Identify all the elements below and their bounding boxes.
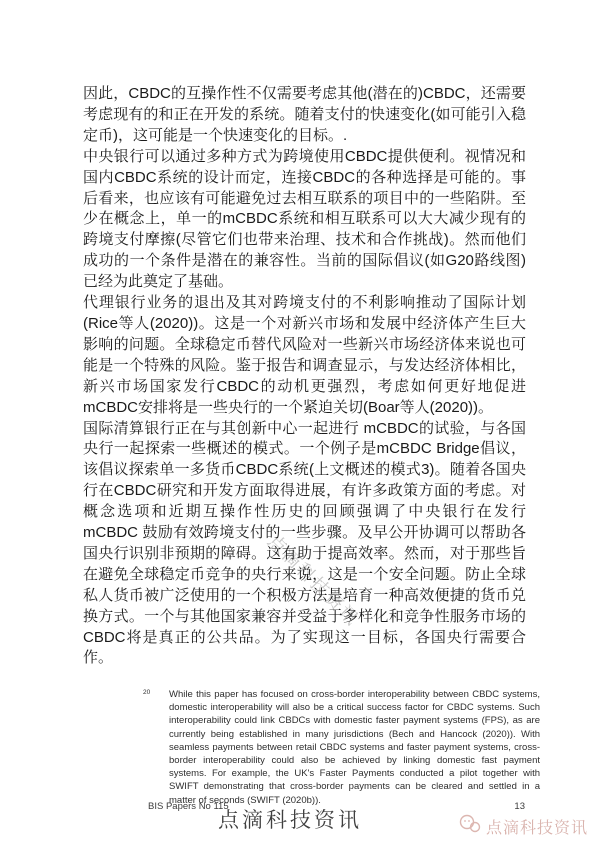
- brand-logo-icon: [458, 812, 482, 841]
- document-page: 点滴科技资讯 因此，CBDC的互操作性不仅需要考虑其他(潜在的)CBDC，还需要…: [0, 0, 600, 849]
- bottom-right-watermark-text: 点滴科技资讯: [486, 815, 588, 838]
- bottom-center-watermark: 点滴科技资讯: [218, 804, 362, 834]
- main-text-block: 因此，CBDC的互操作性不仅需要考虑其他(潜在的)CBDC，还需要考虑现有的和正…: [83, 84, 526, 669]
- footnote: 20 While this paper has focused on cross…: [143, 688, 540, 807]
- footnote-text: While this paper has focused on cross-bo…: [169, 688, 540, 807]
- paragraph: 国际清算银行正在与其创新中心一起进行 mCBDC的试验，与各国央行一起探索一些概…: [83, 419, 526, 670]
- paragraph: 中央银行可以通过多种方式为跨境使用CBDC提供便利。视情况和国内CBDC系统的设…: [83, 147, 526, 293]
- footnote-number: 20: [143, 688, 169, 807]
- paragraph: 代理银行业务的退出及其对跨境支付的不利影响推动了国际计划(Rice等人(2020…: [83, 293, 526, 418]
- page-number: 13: [490, 801, 525, 812]
- paragraph: 因此，CBDC的互操作性不仅需要考虑其他(潜在的)CBDC，还需要考虑现有的和正…: [83, 84, 526, 147]
- bottom-right-watermark: 点滴科技资讯: [458, 812, 588, 841]
- publication-title: BIS Papers No 115: [148, 801, 229, 812]
